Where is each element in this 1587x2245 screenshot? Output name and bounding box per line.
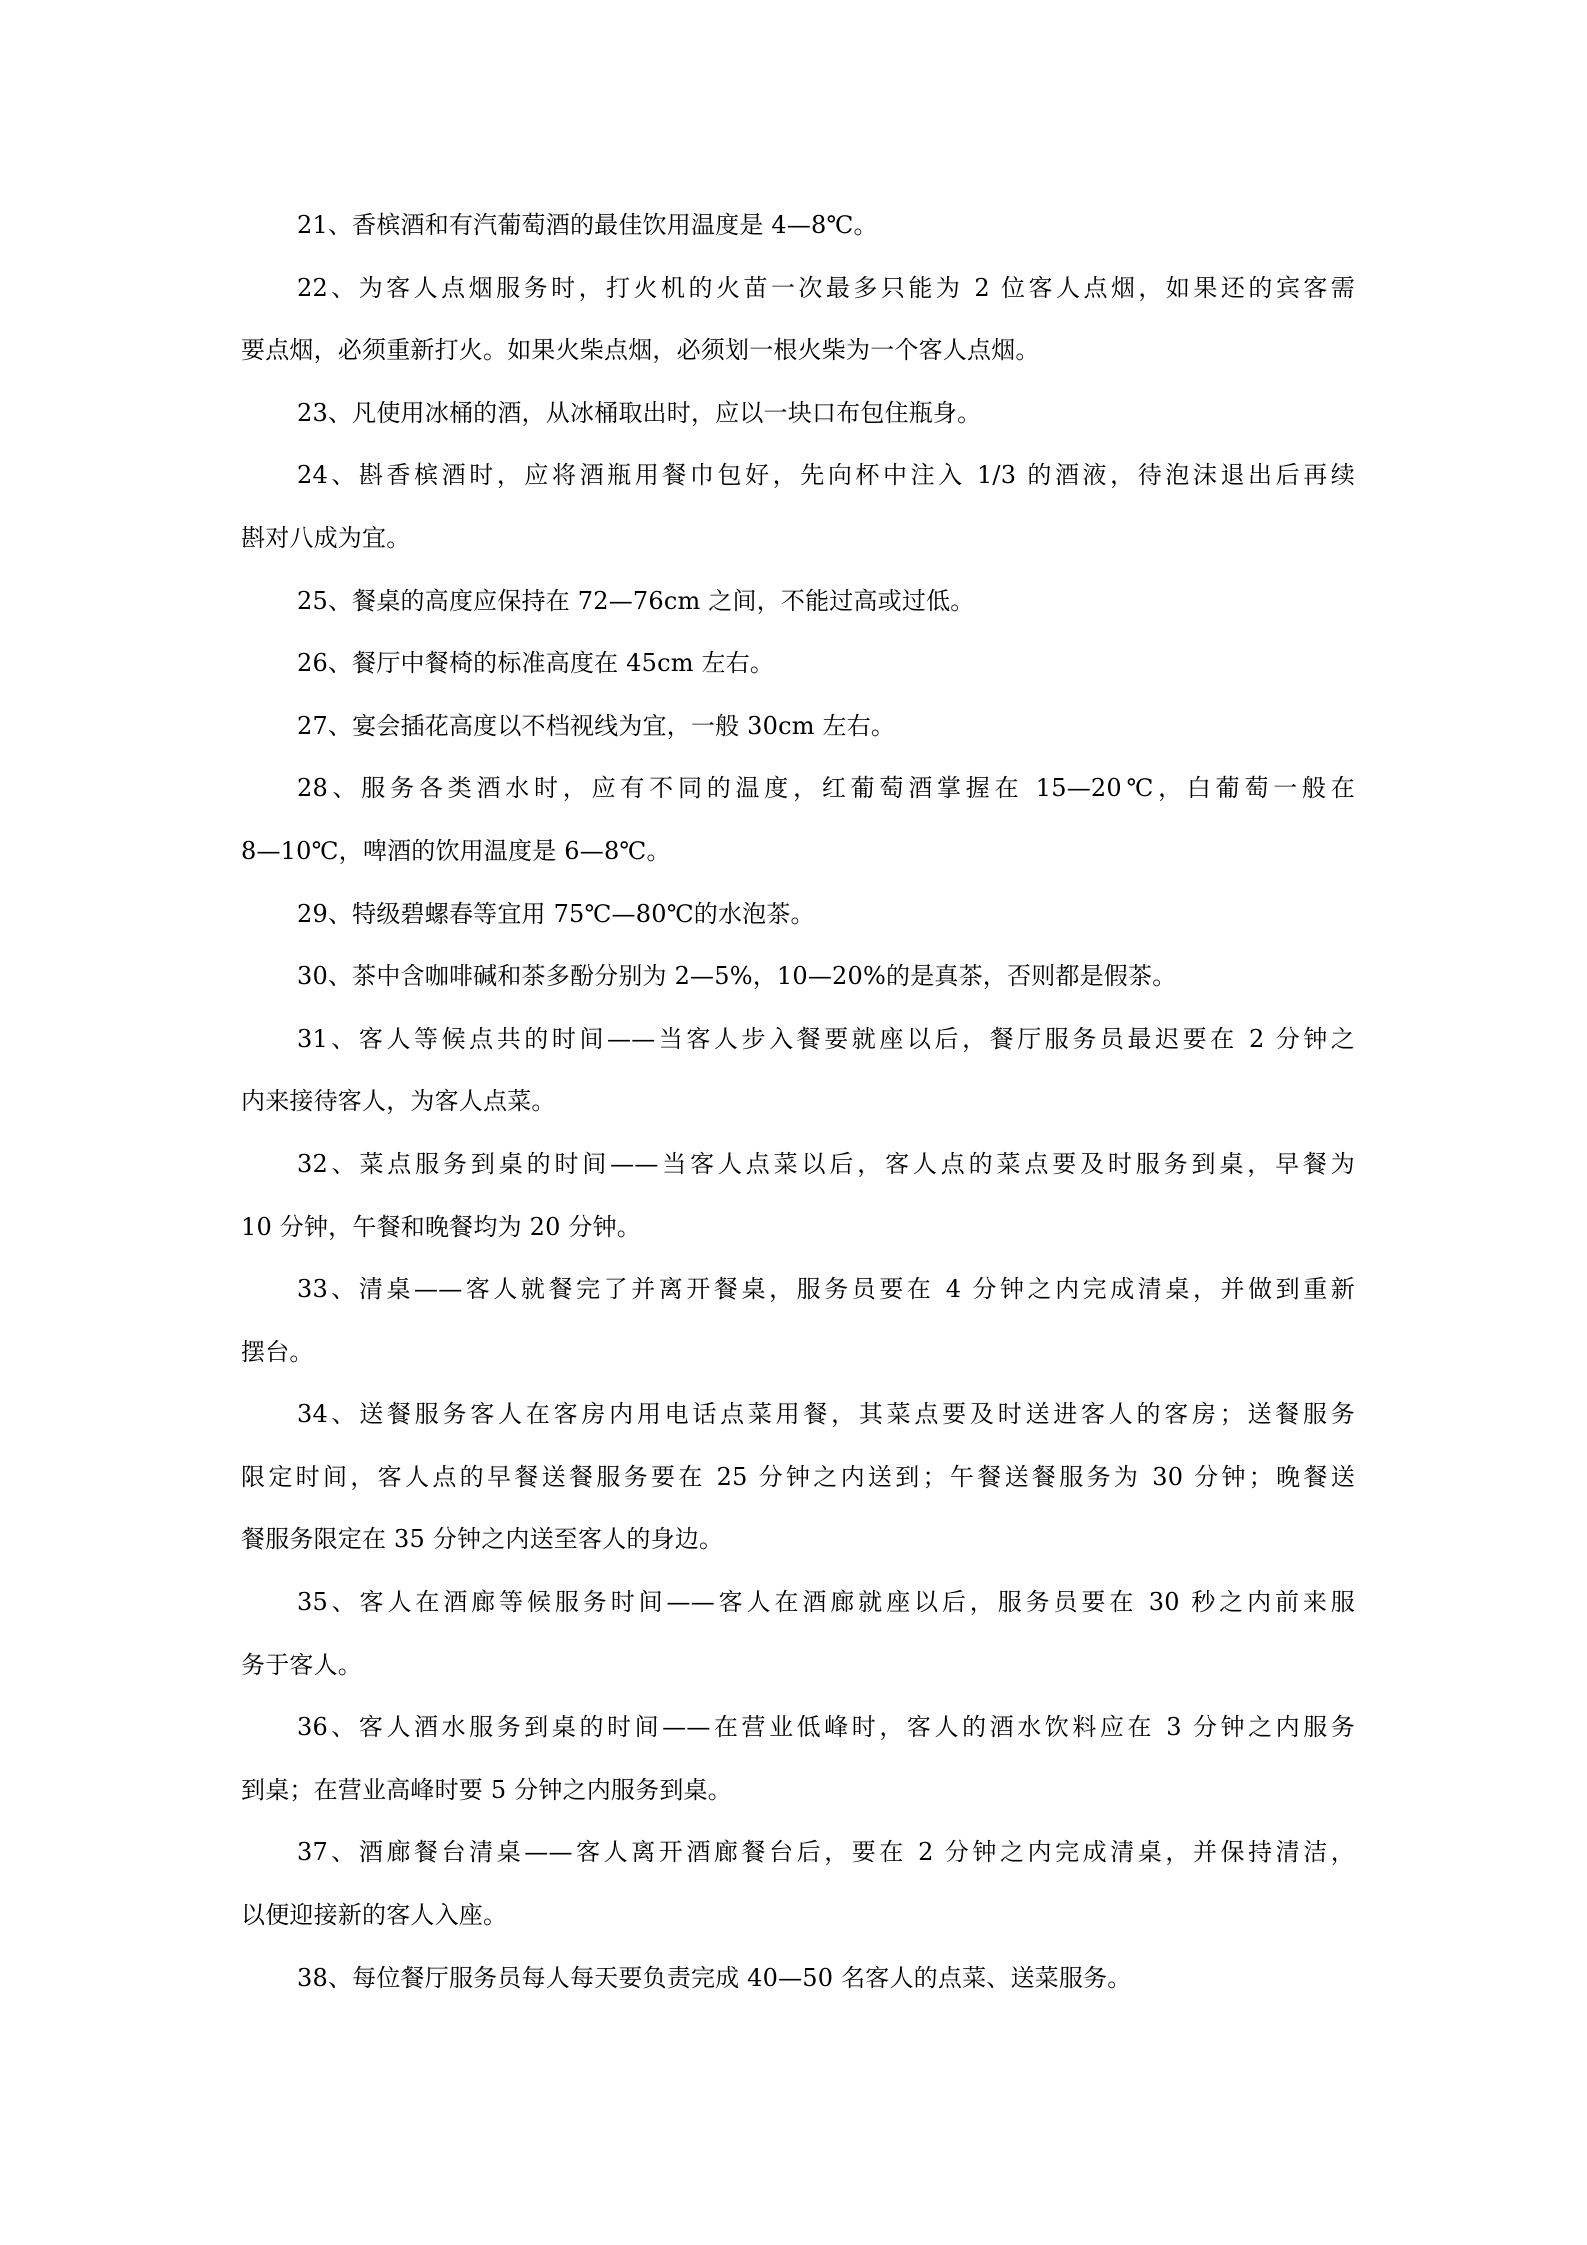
paragraph-line: 28、服务各类酒水时，应有不同的温度，红葡萄酒掌握在 15—20℃，白葡萄一般在	[241, 768, 1355, 831]
paragraph-line: 务于客人。	[241, 1645, 1355, 1708]
paragraph-21: 21、香槟酒和有汽葡萄酒的最佳饮用温度是 4—8℃。	[241, 205, 1355, 268]
paragraph-line: 37、酒廊餐台清桌——客人离开酒廊餐台后，要在 2 分钟之内完成清桌，并保持清洁…	[241, 1832, 1355, 1895]
paragraph-line: 要点烟，必须重新打火。如果火柴点烟，必须划一根火柴为一个客人点烟。	[241, 330, 1355, 393]
paragraph-24: 24、斟香槟酒时，应将酒瓶用餐巾包好，先向杯中注入 1/3 的酒液，待泡沫退出后…	[241, 455, 1355, 580]
paragraph-line: 斟对八成为宜。	[241, 518, 1355, 581]
paragraph-line: 35、客人在酒廊等候服务时间——客人在酒廊就座以后，服务员要在 30 秒之内前来…	[241, 1582, 1355, 1645]
paragraph-line: 36、客人酒水服务到桌的时间——在营业低峰时，客人的酒水饮料应在 3 分钟之内服…	[241, 1707, 1355, 1770]
paragraph-line: 8—10℃，啤酒的饮用温度是 6—8℃。	[241, 831, 1355, 894]
paragraph-33: 33、清桌——客人就餐完了并离开餐桌，服务员要在 4 分钟之内完成清桌，并做到重…	[241, 1269, 1355, 1394]
paragraph-line: 摆台。	[241, 1332, 1355, 1395]
paragraph-37: 37、酒廊餐台清桌——客人离开酒廊餐台后，要在 2 分钟之内完成清桌，并保持清洁…	[241, 1832, 1355, 1957]
paragraph-line: 34、送餐服务客人在客房内用电话点菜用餐，其菜点要及时送进客人的客房；送餐服务	[241, 1394, 1355, 1457]
paragraph-line: 22、为客人点烟服务时，打火机的火苗一次最多只能为 2 位客人点烟，如果还的宾客…	[241, 268, 1355, 331]
paragraph-line: 限定时间，客人点的早餐送餐服务要在 25 分钟之内送到；午餐送餐服务为 30 分…	[241, 1457, 1355, 1520]
paragraph-32: 32、菜点服务到桌的时间——当客人点菜以后，客人点的菜点要及时服务到桌，早餐为 …	[241, 1144, 1355, 1269]
paragraph-line: 24、斟香槟酒时，应将酒瓶用餐巾包好，先向杯中注入 1/3 的酒液，待泡沫退出后…	[241, 455, 1355, 518]
paragraph-23: 23、凡使用冰桶的酒，从冰桶取出时，应以一块口布包住瓶身。	[241, 393, 1355, 456]
paragraph-27: 27、宴会插花高度以不档视线为宜，一般 30cm 左右。	[241, 706, 1355, 769]
paragraph-line: 25、餐桌的高度应保持在 72—76cm 之间，不能过高或过低。	[241, 581, 1355, 644]
paragraph-line: 26、餐厅中餐椅的标准高度在 45cm 左右。	[241, 643, 1355, 706]
paragraph-line: 30、茶中含咖啡碱和茶多酚分别为 2—5%，10—20%的是真茶，否则都是假茶。	[241, 956, 1355, 1019]
paragraph-30: 30、茶中含咖啡碱和茶多酚分别为 2—5%，10—20%的是真茶，否则都是假茶。	[241, 956, 1355, 1019]
paragraph-line: 23、凡使用冰桶的酒，从冰桶取出时，应以一块口布包住瓶身。	[241, 393, 1355, 456]
paragraph-36: 36、客人酒水服务到桌的时间——在营业低峰时，客人的酒水饮料应在 3 分钟之内服…	[241, 1707, 1355, 1832]
paragraph-25: 25、餐桌的高度应保持在 72—76cm 之间，不能过高或过低。	[241, 581, 1355, 644]
paragraph-line: 以便迎接新的客人入座。	[241, 1895, 1355, 1958]
paragraph-line: 38、每位餐厅服务员每人每天要负责完成 40—50 名客人的点菜、送菜服务。	[241, 1958, 1355, 2021]
paragraph-28: 28、服务各类酒水时，应有不同的温度，红葡萄酒掌握在 15—20℃，白葡萄一般在…	[241, 768, 1355, 893]
paragraph-line: 21、香槟酒和有汽葡萄酒的最佳饮用温度是 4—8℃。	[241, 205, 1355, 268]
paragraph-29: 29、特级碧螺春等宜用 75℃—80℃的水泡茶。	[241, 894, 1355, 957]
paragraph-38: 38、每位餐厅服务员每人每天要负责完成 40—50 名客人的点菜、送菜服务。	[241, 1958, 1355, 2021]
paragraph-22: 22、为客人点烟服务时，打火机的火苗一次最多只能为 2 位客人点烟，如果还的宾客…	[241, 268, 1355, 393]
paragraph-31: 31、客人等候点共的时间——当客人步入餐要就座以后，餐厅服务员最迟要在 2 分钟…	[241, 1019, 1355, 1144]
document-body: 21、香槟酒和有汽葡萄酒的最佳饮用温度是 4—8℃。 22、为客人点烟服务时，打…	[241, 205, 1355, 2020]
paragraph-line: 33、清桌——客人就餐完了并离开餐桌，服务员要在 4 分钟之内完成清桌，并做到重…	[241, 1269, 1355, 1332]
paragraph-26: 26、餐厅中餐椅的标准高度在 45cm 左右。	[241, 643, 1355, 706]
paragraph-line: 32、菜点服务到桌的时间——当客人点菜以后，客人点的菜点要及时服务到桌，早餐为	[241, 1144, 1355, 1207]
document-page: 21、香槟酒和有汽葡萄酒的最佳饮用温度是 4—8℃。 22、为客人点烟服务时，打…	[0, 0, 1587, 2245]
paragraph-line: 31、客人等候点共的时间——当客人步入餐要就座以后，餐厅服务员最迟要在 2 分钟…	[241, 1019, 1355, 1082]
paragraph-line: 到桌；在营业高峰时要 5 分钟之内服务到桌。	[241, 1770, 1355, 1833]
paragraph-35: 35、客人在酒廊等候服务时间——客人在酒廊就座以后，服务员要在 30 秒之内前来…	[241, 1582, 1355, 1707]
paragraph-34: 34、送餐服务客人在客房内用电话点菜用餐，其菜点要及时送进客人的客房；送餐服务 …	[241, 1394, 1355, 1582]
paragraph-line: 内来接待客人，为客人点菜。	[241, 1081, 1355, 1144]
paragraph-line: 29、特级碧螺春等宜用 75℃—80℃的水泡茶。	[241, 894, 1355, 957]
paragraph-line: 10 分钟，午餐和晚餐均为 20 分钟。	[241, 1207, 1355, 1270]
paragraph-line: 27、宴会插花高度以不档视线为宜，一般 30cm 左右。	[241, 706, 1355, 769]
paragraph-line: 餐服务限定在 35 分钟之内送至客人的身边。	[241, 1519, 1355, 1582]
